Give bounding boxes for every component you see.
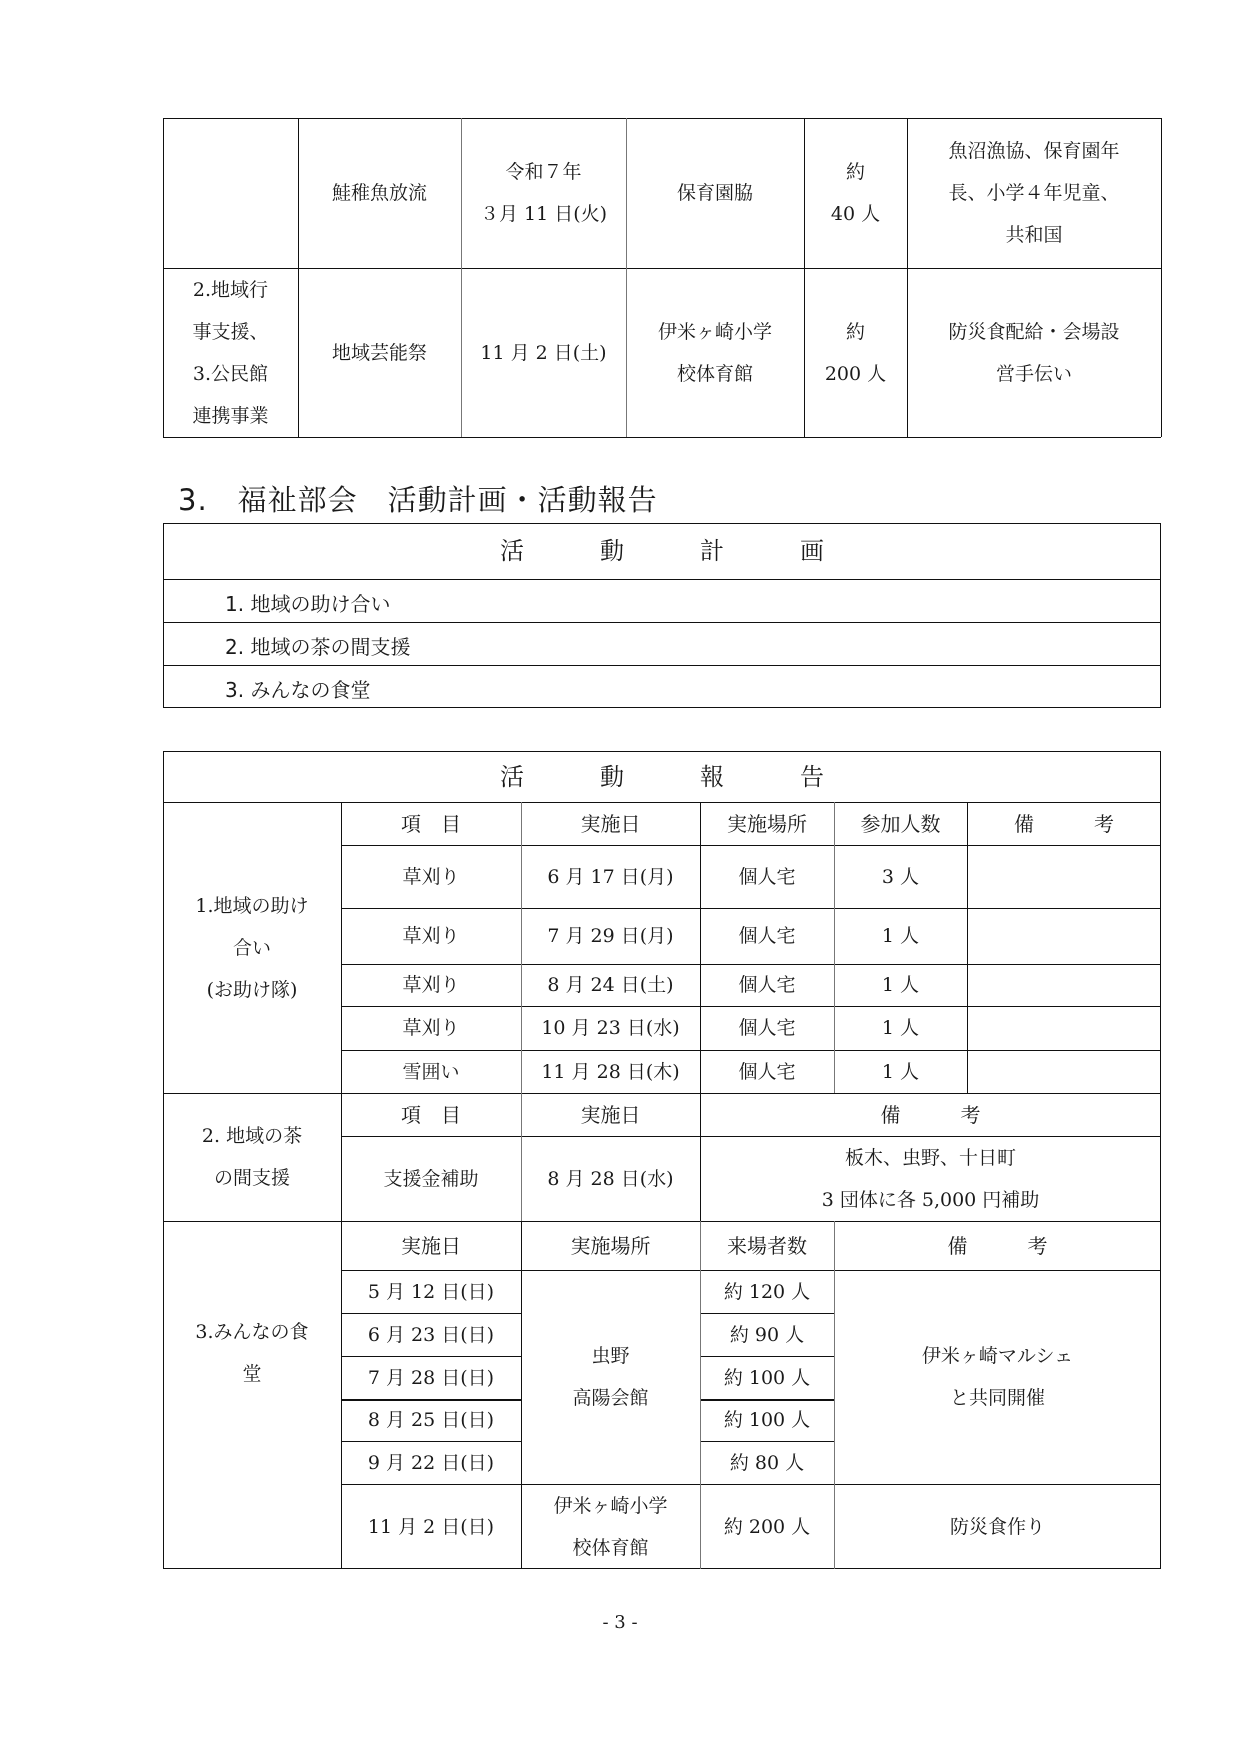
section3-label: 3.みんなの食 堂 xyxy=(163,1221,341,1484)
header-item: 項 目 xyxy=(341,1093,521,1136)
header-count: 参加人数 xyxy=(834,802,967,845)
table-row-date: 10 月 23 日(水) xyxy=(521,1006,700,1050)
header-date: 実施日 xyxy=(521,802,700,845)
category-cell xyxy=(163,118,298,268)
event-cell: 鮭稚魚放流 xyxy=(298,118,461,268)
section1-label: 1.地域の助け 合い (お助け隊) xyxy=(163,802,341,1093)
table-row-date: 8 月 25 日(日) xyxy=(341,1399,521,1441)
header-date: 実施日 xyxy=(521,1093,700,1136)
divider xyxy=(967,802,968,1093)
table-row-item: 支援金補助 xyxy=(341,1136,521,1221)
table-row-count: 1 人 xyxy=(834,1006,967,1050)
table-row-date: 11 月 28 日(木) xyxy=(521,1050,700,1093)
table-row-place: 個人宅 xyxy=(700,1006,834,1050)
table-row-date: 7 月 29 日(月) xyxy=(521,908,700,964)
table-row-count: 約 200 人 xyxy=(700,1484,834,1569)
table-row-item: 雪囲い xyxy=(341,1050,521,1093)
divider xyxy=(163,579,1161,580)
date-cell: 11 月 2 日(土) xyxy=(461,268,626,437)
divider xyxy=(163,622,1161,623)
notes-cell: 防災食配給・会場設 営手伝い xyxy=(907,268,1161,437)
table-row-notes: 防災食作り xyxy=(834,1484,1161,1569)
table-row-count: 約 90 人 xyxy=(700,1313,834,1356)
table-row-date: 6 月 17 日(月) xyxy=(521,845,700,908)
table-row-date: 11 月 2 日(日) xyxy=(341,1484,521,1569)
table-row-date: 7 月 28 日(日) xyxy=(341,1356,521,1399)
table-row-count: 約 100 人 xyxy=(700,1356,834,1399)
divider xyxy=(163,437,1161,438)
section2-label: 2. 地域の茶 の間支援 xyxy=(163,1093,341,1221)
table-row-count: 1 人 xyxy=(834,908,967,964)
table-row-count: 3 人 xyxy=(834,845,967,908)
header-place: 実施場所 xyxy=(521,1221,700,1270)
header-notes: 備 考 xyxy=(967,802,1161,845)
header-count: 来場者数 xyxy=(700,1221,834,1270)
table-row-date: 8 月 28 日(水) xyxy=(521,1136,700,1221)
table-row-count: 1 人 xyxy=(834,1050,967,1093)
title-char: 動 xyxy=(600,756,624,798)
table-row-date: 6 月 23 日(日) xyxy=(341,1313,521,1356)
header-place: 実施場所 xyxy=(700,802,834,845)
table-row-count: 約 80 人 xyxy=(700,1441,834,1484)
divider xyxy=(163,665,1161,666)
place-cell: 伊米ヶ崎小学 校体育館 xyxy=(626,268,804,437)
table-row-date: 5 月 12 日(日) xyxy=(341,1270,521,1313)
plan-item: 1. 地域の助け合い xyxy=(225,588,390,617)
notes-group: 伊米ヶ崎マルシェ と共同開催 xyxy=(834,1270,1161,1484)
table-row-place: 個人宅 xyxy=(700,964,834,1006)
table-row-item: 草刈り xyxy=(341,964,521,1006)
page-number: - 3 - xyxy=(0,1612,1240,1633)
count-cell: 約 200 人 xyxy=(804,268,907,437)
header-item: 項 目 xyxy=(341,802,521,845)
table-row-place: 個人宅 xyxy=(700,908,834,964)
table-row-item: 草刈り xyxy=(341,908,521,964)
plan-title: 活 動 計 画 xyxy=(163,523,1161,579)
table-row-count: 約 120 人 xyxy=(700,1270,834,1313)
table-row-count: 1 人 xyxy=(834,964,967,1006)
title-char: 報 xyxy=(700,756,724,798)
table-row-date: 8 月 24 日(土) xyxy=(521,964,700,1006)
event-cell: 地域芸能祭 xyxy=(298,268,461,437)
notes-cell: 魚沼漁協、保育園年 長、小学４年児童、 共和国 xyxy=(907,118,1161,268)
title-char: 計 xyxy=(700,530,724,572)
title-char: 動 xyxy=(600,530,624,572)
title-char: 活 xyxy=(500,530,524,572)
date-cell: 令和７年 ３月 11 日(火) xyxy=(461,118,626,268)
table-row-count: 約 100 人 xyxy=(700,1399,834,1441)
count-cell: 約 40 人 xyxy=(804,118,907,268)
table-row-place: 伊米ヶ崎小学 校体育館 xyxy=(521,1484,700,1569)
header-notes: 備 考 xyxy=(834,1221,1161,1270)
table-row-date: 9 月 22 日(日) xyxy=(341,1441,521,1484)
header-date: 実施日 xyxy=(341,1221,521,1270)
plan-item: 2. 地域の茶の間支援 xyxy=(225,631,410,660)
place-cell: 保育園脇 xyxy=(626,118,804,268)
plan-item: 3. みんなの食堂 xyxy=(225,674,370,703)
table-row-item: 草刈り xyxy=(341,1006,521,1050)
section-heading: 3. 福祉部会 活動計画・活動報告 xyxy=(178,478,658,519)
table-row-item: 草刈り xyxy=(341,845,521,908)
header-notes: 備 考 xyxy=(700,1093,1161,1136)
place-group: 虫野 高陽会館 xyxy=(521,1270,700,1484)
divider xyxy=(1161,118,1162,437)
table-row-notes: 板木、虫野、十日町 3 団体に各 5,000 円補助 xyxy=(700,1136,1161,1221)
category-cell: 2.地域行 事支援、 3.公民館 連携事業 xyxy=(163,268,298,437)
table-row-place: 個人宅 xyxy=(700,845,834,908)
title-char: 活 xyxy=(500,756,524,798)
table-row-place: 個人宅 xyxy=(700,1050,834,1093)
title-char: 告 xyxy=(800,756,824,798)
title-char: 画 xyxy=(800,530,824,572)
report-title: 活 動 報 告 xyxy=(163,751,1161,802)
